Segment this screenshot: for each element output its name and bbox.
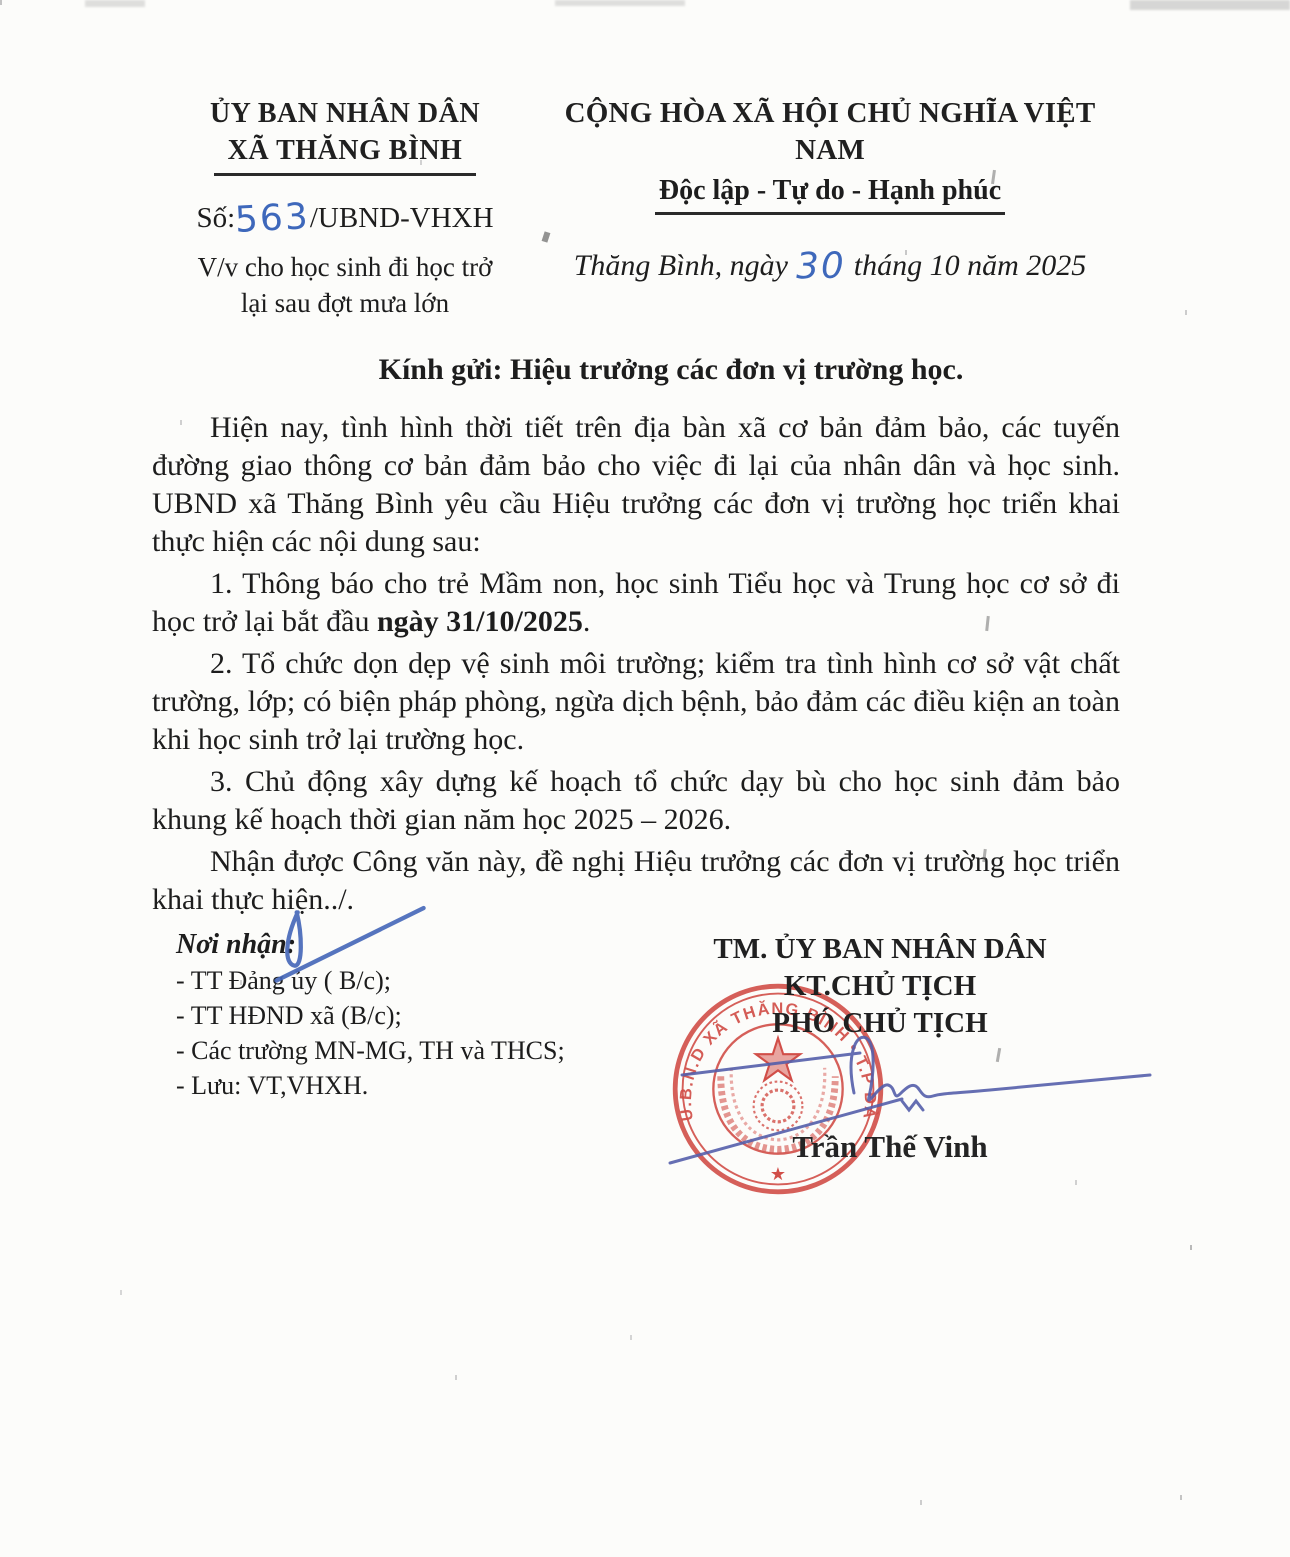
recipient-item: - Các trường MN-MG, TH và THCS; xyxy=(176,1033,600,1068)
date-suffix: tháng 10 năm 2025 xyxy=(854,249,1087,282)
handwritten-check-mark xyxy=(270,901,430,993)
doc-number-label: Số: xyxy=(196,202,235,234)
signature-title-line: KT.CHỦ TỊCH xyxy=(600,968,1160,1005)
doc-subject-line: lại sau đợt mưa lớn xyxy=(150,285,540,321)
doc-subject-abstract: V/v cho học sinh đi học trở lại sau đợt … xyxy=(150,249,540,321)
intro-paragraph: Hiện nay, tình hình thời tiết trên địa b… xyxy=(152,409,1120,561)
date-day-handwritten: 30 xyxy=(796,249,846,286)
salutation: Kính gửi: Hiệu trưởng các đơn vị trường … xyxy=(152,351,1120,389)
national-title: CỘNG HÒA XÃ HỘI CHỦ NGHĨA VIỆT NAM xyxy=(540,95,1120,169)
signature-block: TM. ỦY BAN NHÂN DÂN KT.CHỦ TỊCH PHÓ CHỦ … xyxy=(600,931,1160,1241)
scan-noise-speckles xyxy=(0,0,2,5)
item-1-text: 1. Thông báo cho trẻ Mầm non, học sinh T… xyxy=(152,567,1120,638)
doc-number: Số:563/UBND-VHXH xyxy=(150,200,540,237)
org-name: XÃ THĂNG BÌNH xyxy=(150,132,540,176)
signature-authority-line: TM. ỦY BAN NHÂN DÂN xyxy=(600,931,1160,968)
date-line: Thăng Bình, ngày30tháng 10 năm 2025 xyxy=(540,247,1120,285)
scanned-official-document: ỦY BAN NHÂN DÂN XÃ THĂNG BÌNH Số:563/UBN… xyxy=(0,0,1290,1557)
document-body: Kính gửi: Hiệu trưởng các đơn vị trường … xyxy=(152,351,1120,919)
issuing-org-block: ỦY BAN NHÂN DÂN XÃ THĂNG BÌNH Số:563/UBN… xyxy=(150,95,540,321)
recipient-item: - TT HĐND xã (B/c); xyxy=(176,998,600,1033)
item-1-bold-date: ngày 31/10/2025 xyxy=(377,605,583,638)
recipients-block: Nơi nhận: - TT Đảng ủy ( B/c); - TT HĐND… xyxy=(150,927,600,1241)
date-prefix: Thăng Bình, ngày xyxy=(574,249,788,282)
scan-artifact xyxy=(555,0,685,6)
signer-name: Trần Thế Vinh xyxy=(720,1129,1060,1165)
recipient-item: - Lưu: VT,VHXH. xyxy=(176,1068,600,1103)
item-1-paragraph: 1. Thông báo cho trẻ Mầm non, học sinh T… xyxy=(152,565,1120,641)
scan-artifact xyxy=(85,0,145,7)
doc-number-suffix: /UBND-VHXH xyxy=(310,202,494,234)
scan-artifact xyxy=(1130,0,1290,10)
item-2-paragraph: 2. Tổ chức dọn dẹp vệ sinh môi trường; k… xyxy=(152,645,1120,759)
item-3-paragraph: 3. Chủ động xây dựng kế hoạch tổ chức dạ… xyxy=(152,763,1120,839)
doc-subject-line: V/v cho học sinh đi học trở xyxy=(150,249,540,285)
document-footer: Nơi nhận: - TT Đảng ủy ( B/c); - TT HĐND… xyxy=(150,927,1160,1241)
item-1-period: . xyxy=(583,605,591,638)
document-header: ỦY BAN NHÂN DÂN XÃ THĂNG BÌNH Số:563/UBN… xyxy=(0,0,1290,321)
national-motto: Độc lập - Tự do - Hạnh phúc xyxy=(540,174,1120,215)
doc-number-handwritten: 563 xyxy=(234,199,311,239)
org-parent-name: ỦY BAN NHÂN DÂN xyxy=(150,95,540,132)
national-header-block: CỘNG HÒA XÃ HỘI CHỦ NGHĨA VIỆT NAM Độc l… xyxy=(540,95,1120,321)
